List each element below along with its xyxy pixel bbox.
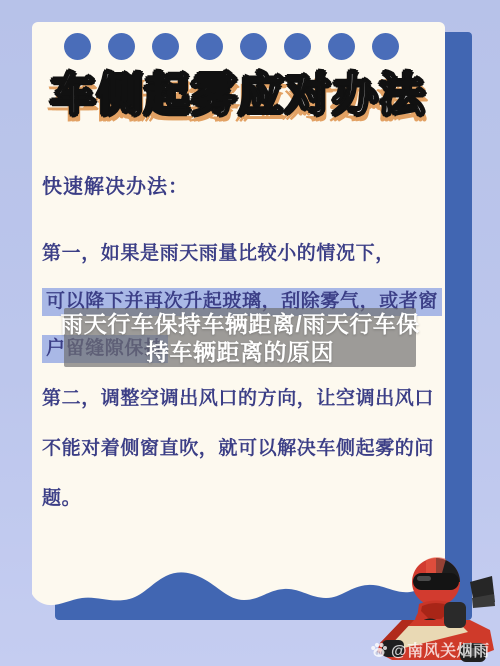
- decorative-dot: [284, 33, 311, 60]
- watermark-overlay-line2: 持车辆距离的原因: [146, 338, 334, 366]
- watermark-overlay-line1: 雨天行车保持车辆距离/雨天行车保: [60, 310, 419, 338]
- decorative-dot: [372, 33, 399, 60]
- decorative-dot-row: [64, 33, 399, 60]
- decorative-dot: [240, 33, 267, 60]
- decorative-dot: [196, 33, 223, 60]
- author-watermark-handle: @南风关烟雨: [391, 638, 490, 661]
- decorative-dot: [64, 33, 91, 60]
- svg-text:du: du: [375, 650, 382, 656]
- author-watermark: du @南风关烟雨: [370, 638, 490, 661]
- section-heading: 快速解决办法：: [42, 170, 189, 199]
- poster-page: 车侧起雾应对办法 快速解决办法： 第一，如果是雨天雨量比较小的情况下，可以降下并…: [0, 0, 500, 666]
- watermark-overlay: 雨天行车保持车辆距离/雨天行车保 持车辆距离的原因: [64, 308, 416, 367]
- poster-title: 车侧起雾应对办法: [32, 58, 445, 123]
- decorative-dot: [328, 33, 355, 60]
- decorative-dot: [108, 33, 135, 60]
- decorative-dot: [152, 33, 179, 60]
- baidu-paw-icon: du: [370, 642, 388, 658]
